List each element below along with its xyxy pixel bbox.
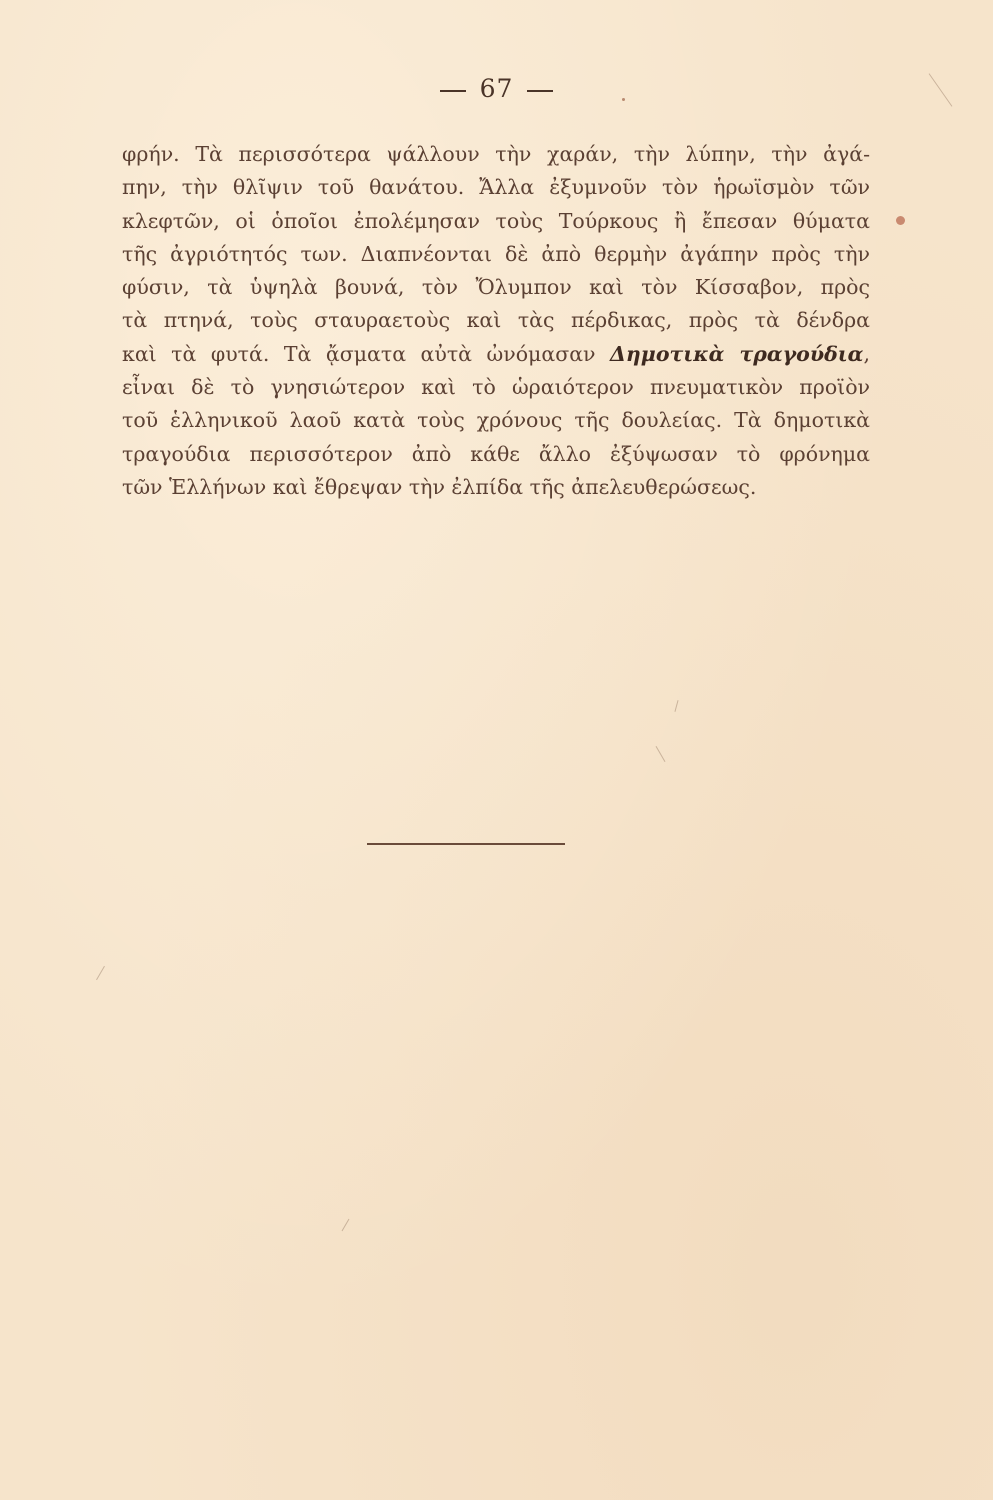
page-number-dash-right [527,90,553,92]
text-line: φύσιν, τὰ ὑψηλὰ βουνά, τὸν Ὄλυμπον καὶ τ… [122,271,870,304]
paragraph: φρήν. Τὰ περισσότερα ψάλλουν τὴν χαράν, … [122,138,870,504]
text-segment: καὶ τὰ φυτά. Τὰ ᾄσματα αὐτὰ ὠνόμασαν [122,342,596,366]
section-divider-rule [367,843,565,845]
paper-stain-speck [622,98,625,101]
text-line: φρήν. Τὰ περισσότερα ψάλλουν τὴν χαράν, … [122,138,870,171]
emphasis-punctuation: , [863,342,870,366]
paper-stain-speck [896,216,905,225]
paper-scratch [656,746,666,762]
text-line: τὰ πτηνά, τοὺς σταυραετοὺς καὶ τὰς πέρδι… [122,304,870,337]
text-line-final: τῶν Ἑλλήνων καὶ ἔθρεψαν τὴν ἐλπίδα τῆς ἀ… [122,471,870,504]
text-line-with-emphasis: καὶ τὰ φυτά. Τὰ ᾄσματα αὐτὰ ὠνόμασαν Δημ… [122,338,870,371]
emphasized-term: Δημοτικὰ τραγούδια [610,342,863,366]
text-line: εἶναι δὲ τὸ γνησιώτερον καὶ τὸ ὡραιότερο… [122,371,870,404]
text-line: κλεφτῶν, οἱ ὁποῖοι ἐπολέμησαν τοὺς Τούρκ… [122,205,870,238]
paper-scratch [96,966,105,980]
text-line: τῆς ἀγριότητός των. Διαπνέονται δὲ ἀπὸ θ… [122,238,870,271]
page-number-dash-left [440,90,466,92]
page-number: 67 [0,74,993,103]
page-number-value: 67 [480,74,514,103]
text-line: τραγούδια περισσότερον ἀπὸ κάθε ἄλλο ἐξύ… [122,438,870,471]
paper-scratch [674,700,678,712]
text-line: πην, τὴν θλῖψιν τοῦ θανάτου. Ἄλλα ἐξυμνο… [122,171,870,204]
paper-scratch [342,1219,350,1232]
text-line: τοῦ ἑλληνικοῦ λαοῦ κατὰ τοὺς χρόνους τῆς… [122,404,870,437]
